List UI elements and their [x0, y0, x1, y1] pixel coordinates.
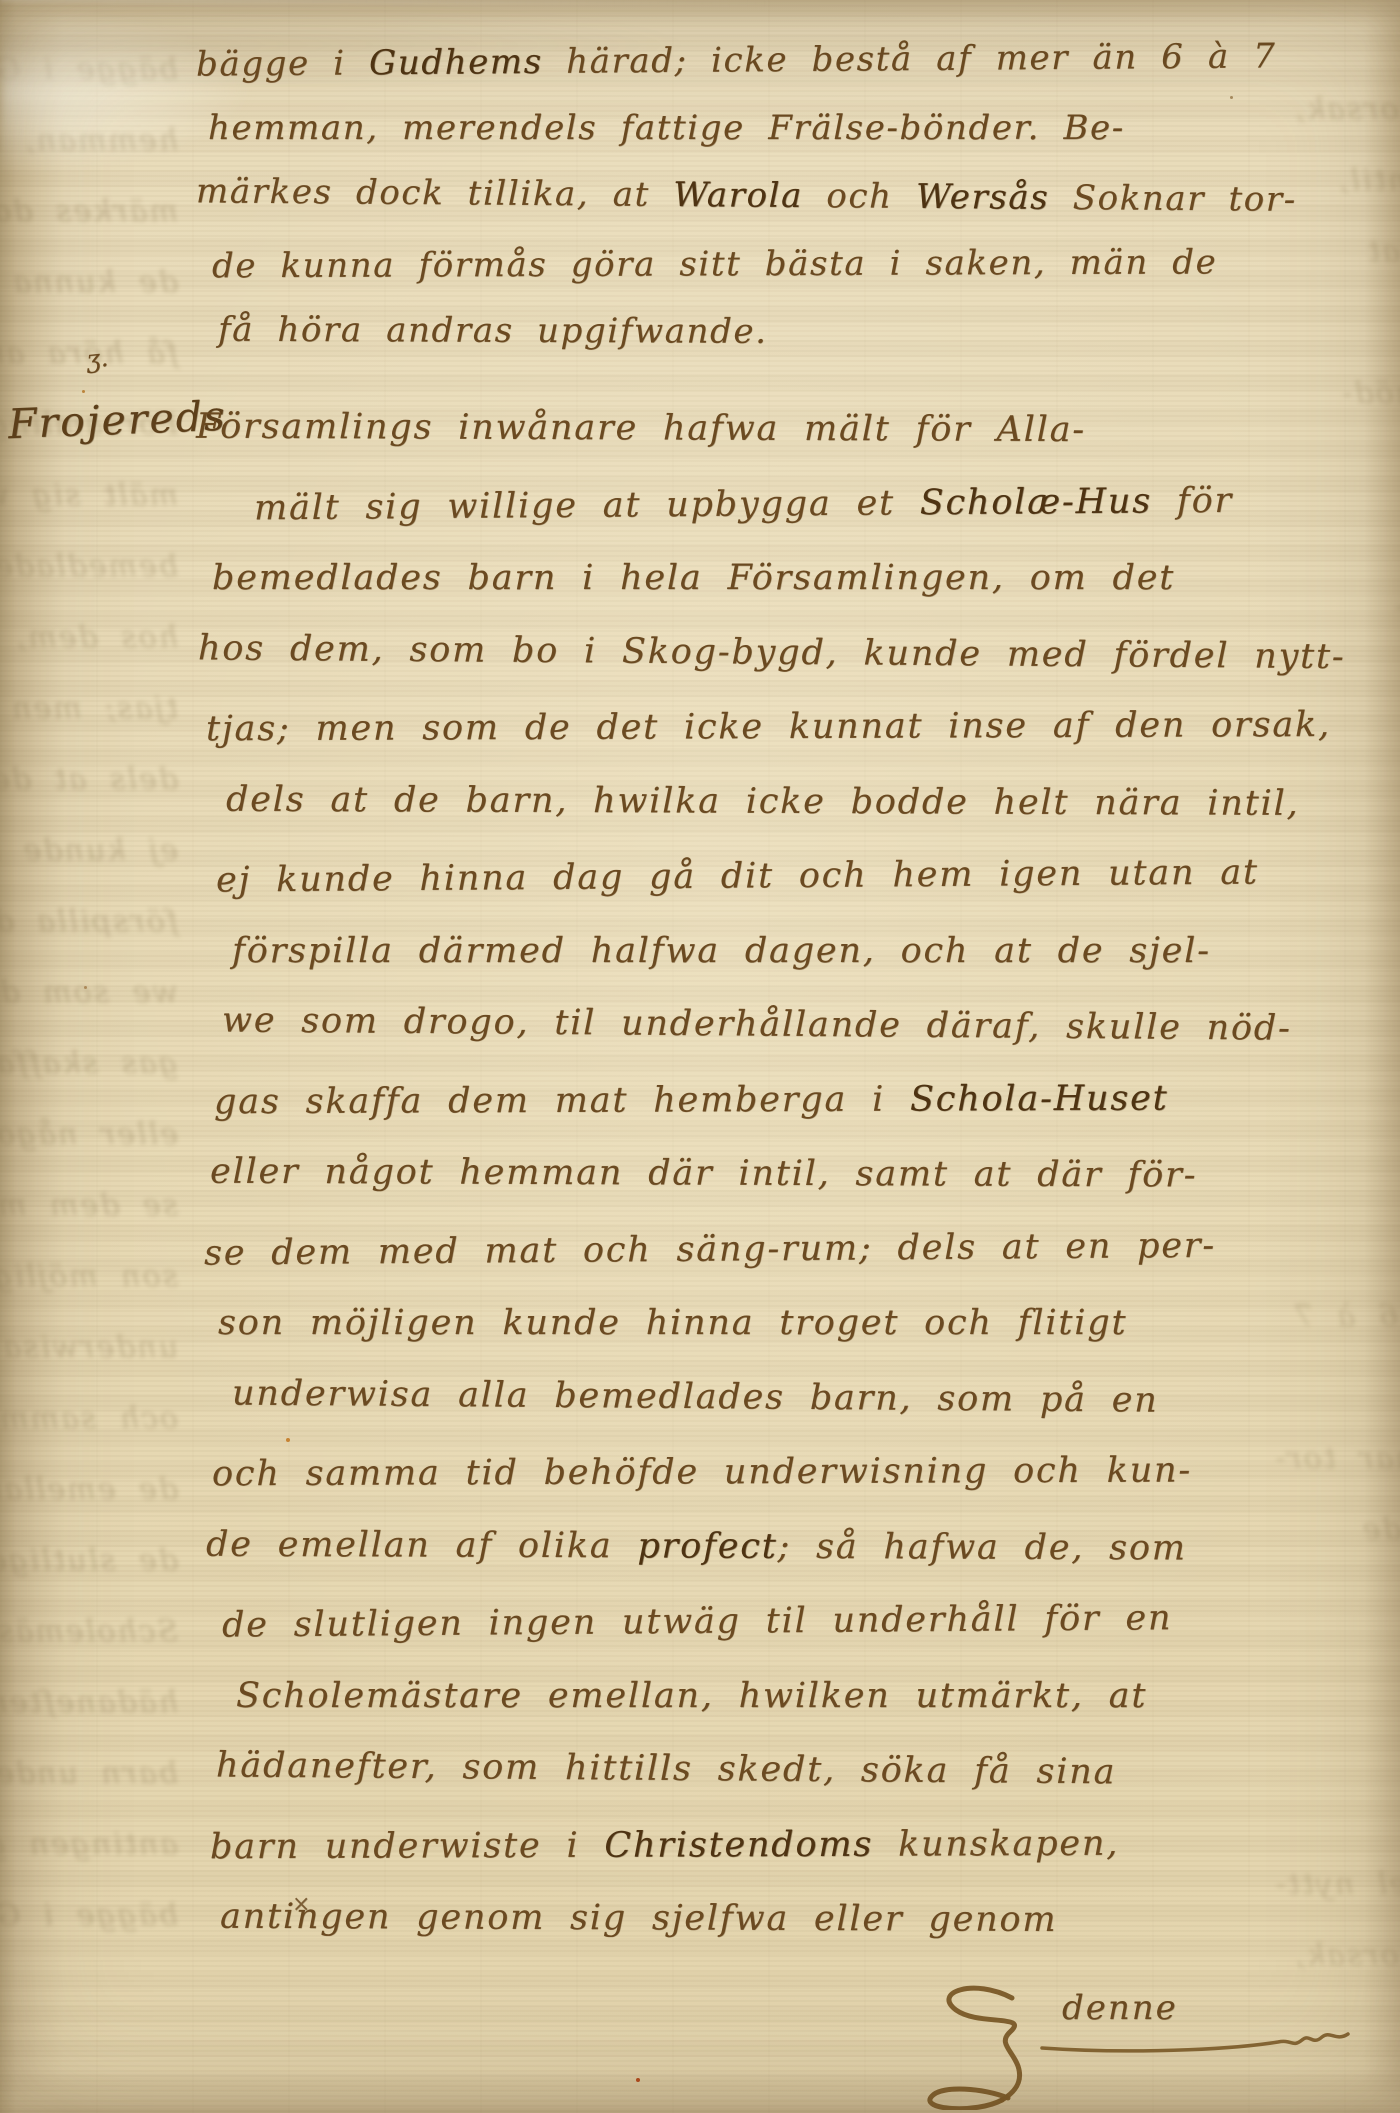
insertion-mark: × [292, 1892, 310, 1917]
margin-paragraph-mark: ʒ. [85, 343, 110, 374]
emphasized-word: Warola [673, 175, 803, 216]
fold-crease [0, 0, 1400, 10]
manuscript-line: ej kunde hinna dag gå dit och hem igen u… [216, 834, 1400, 918]
ink-speck [82, 390, 85, 393]
catchword-underline [1038, 2018, 1358, 2062]
emphasized-word: Schola-Huset [910, 1078, 1169, 1119]
manuscript-line: antingen genom sig sjelfwa eller genom [220, 1880, 1400, 1959]
paragraph: Församlings inwånare hafwa mält för Alla… [196, 392, 1400, 1957]
manuscript-line: bemedlades barn i hela Församlingen, om … [212, 541, 1400, 616]
emphasized-word: profect [637, 1526, 777, 1567]
manuscript-line: tjas; men som de det icke kunnat inse af… [206, 688, 1400, 767]
manuscript-line: mält sig willige at upbygga et Scholæ-Hu… [254, 462, 1400, 545]
margin-heading: Frojereds [7, 392, 228, 448]
manuscript-line: hos dem, som bo i Skog-bygd, kunde med f… [198, 611, 1400, 695]
manuscript-line: få höra andras upgifwande. [218, 296, 1400, 369]
paraph-flourish-icon [912, 1982, 1052, 2110]
manuscript-line: gas skaffa dem mat hemberga i Schola-Hus… [214, 1060, 1400, 1139]
emphasized-word: Wersås [916, 177, 1050, 218]
manuscript-line: hemman, merendels fattige Frälse-bönder.… [208, 94, 1400, 162]
emphasized-word: Christendoms [604, 1824, 873, 1865]
manuscript-line: och samma tid behöfde underwisning och k… [212, 1433, 1400, 1512]
manuscript-line: de emellan af olika profect; så hafwa de… [206, 1507, 1400, 1586]
manuscript-line: de kunna förmås göra sitt bästa i saken,… [212, 228, 1400, 301]
paragraph: bägge i Gudhems härad; icke bestå af mer… [196, 26, 1400, 366]
manuscript-line: barn underwiste i Christendoms kunskapen… [210, 1805, 1400, 1884]
manuscript-line: de slutligen ingen utwäg til underhåll f… [222, 1579, 1400, 1663]
manuscript-page: bägge i Gudhems härad; icke bestå af mer… [0, 0, 1400, 2113]
manuscript-line: märkes dock tillika, at Warola och Werså… [196, 157, 1400, 234]
manuscript-line: eller något hemman där intil, samt at dä… [210, 1135, 1400, 1214]
manuscript-line: Församlings inwånare hafwa mält för Alla… [196, 390, 1400, 469]
manuscript-line: underwisa alla bemedlades barn, som på e… [232, 1356, 1400, 1439]
ink-speck [84, 986, 87, 989]
emphasized-word: Gudhems [369, 42, 543, 83]
bleedthrough-text-left: bägge i Gudhems härad; icke bestå af mer… [0, 34, 178, 1951]
manuscript-line: we som drogo, til underhållande däraf, s… [222, 983, 1400, 1067]
text-block: bägge i Gudhems härad; icke bestå af mer… [196, 26, 1400, 1957]
emphasized-word: Scholæ-Hus [920, 481, 1152, 523]
manuscript-line: Scholemästare emellan, hwilken utmärkt, … [236, 1659, 1400, 1734]
manuscript-line: bägge i Gudhems härad; icke bestå af mer… [196, 21, 1400, 98]
manuscript-line: förspilla därmed halfwa dagen, och at de… [232, 914, 1400, 989]
ink-speck [636, 2078, 640, 2082]
manuscript-line: hädanefter, som hittills skedt, söka få … [216, 1728, 1400, 1812]
manuscript-line: son möjligen kunde hinna troget och flit… [218, 1286, 1400, 1361]
manuscript-line: dels at de barn, hwilka icke bodde helt … [226, 762, 1400, 841]
manuscript-line: se dem med mat och säng-rum; dels at en … [204, 1207, 1400, 1291]
